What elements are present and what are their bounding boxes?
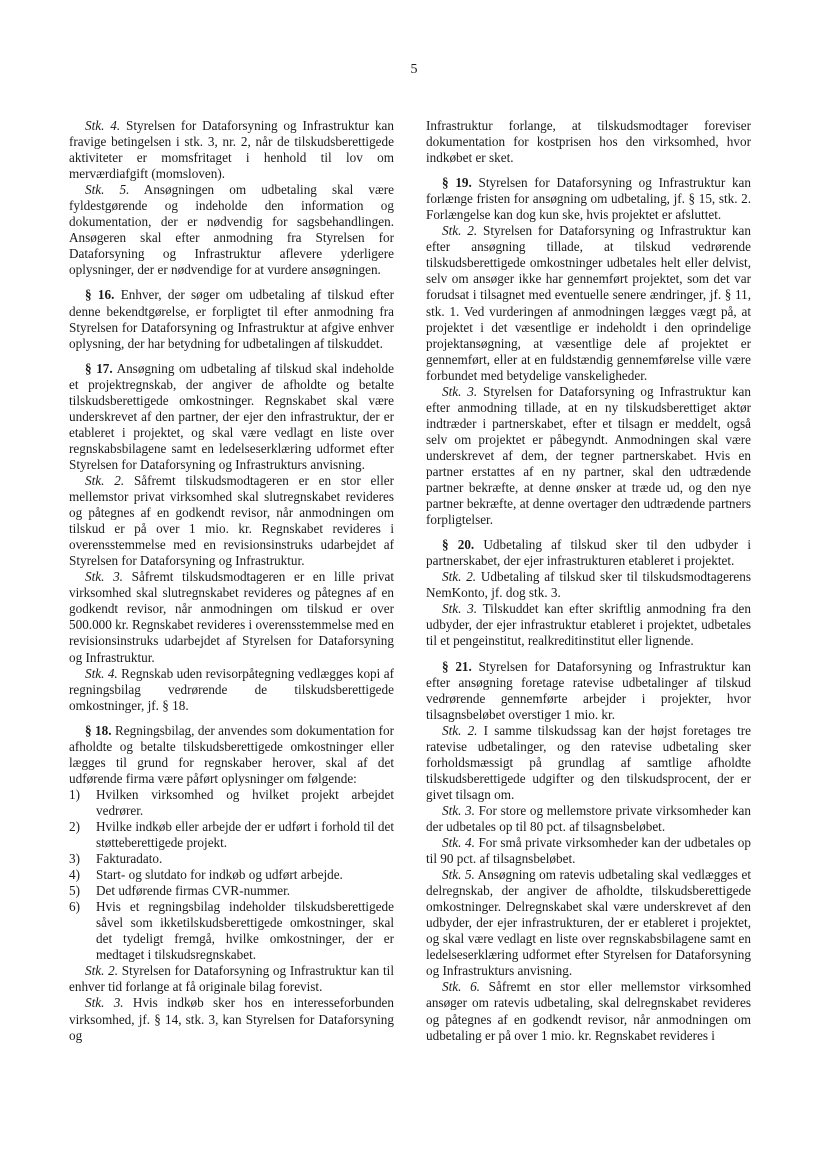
list-item: 4)Start- og slutdato for indkøb og udfør… [69, 867, 394, 883]
section-18-stk-2: Stk. 2. Styrelsen for Dataforsyning og I… [69, 963, 394, 995]
section-19: § 19. Styrelsen for Dataforsyning og Inf… [426, 175, 751, 223]
section-19-stk-3: Stk. 3. Styrelsen for Dataforsyning og I… [426, 384, 751, 528]
requirements-list: 1)Hvilken virksomhed og hvilket projekt … [69, 787, 394, 964]
section-21-stk-6: Stk. 6. Såfremt en stor eller mellemstor… [426, 979, 751, 1043]
stk-label: Stk. 3. [85, 995, 124, 1010]
stk-label: Stk. 4. [85, 666, 118, 681]
section-20: § 20. Udbetaling af tilskud sker til den… [426, 537, 751, 569]
stk-label: Stk. 2. [85, 963, 118, 978]
stk-label: Stk. 2. [442, 723, 477, 738]
page-number: 5 [0, 62, 828, 78]
list-item: 1)Hvilken virksomhed og hvilket projekt … [69, 787, 394, 819]
section-number: § 18. [85, 723, 112, 738]
stk-label: Stk. 2. [85, 473, 124, 488]
stk-4-paragraph: Stk. 4. Styrelsen for Dataforsyning og I… [69, 118, 394, 182]
stk-label: Stk. 2. [442, 223, 477, 238]
stk-label: Stk. 5. [85, 182, 129, 197]
section-21-stk-4: Stk. 4. For små private virksomheder kan… [426, 835, 751, 867]
stk-label: Stk. 4. [85, 118, 120, 133]
list-item: 5)Det udførende firmas CVR-nummer. [69, 883, 394, 899]
section-21: § 21. Styrelsen for Dataforsyning og Inf… [426, 659, 751, 723]
section-17-stk-2: Stk. 2. Såfremt tilskudsmodtageren er en… [69, 473, 394, 569]
stk-5-paragraph: Stk. 5. Ansøgningen om udbetaling skal v… [69, 182, 394, 278]
stk-label: Stk. 5. [442, 867, 475, 882]
continued-paragraph: Infrastruktur forlange, at tilskudsmodta… [426, 118, 751, 166]
section-21-stk-2: Stk. 2. I samme tilskudssag kan der højs… [426, 723, 751, 803]
list-item: 2)Hvilke indkøb eller arbejde der er udf… [69, 819, 394, 851]
stk-label: Stk. 6. [442, 979, 480, 994]
stk-label: Stk. 3. [442, 384, 477, 399]
stk-label: Stk. 4. [442, 835, 475, 850]
section-number: § 17. [85, 361, 113, 376]
section-19-stk-2: Stk. 2. Styrelsen for Dataforsyning og I… [426, 223, 751, 383]
section-17: § 17. Ansøgning om udbetaling af tilskud… [69, 361, 394, 473]
list-item: 6)Hvis et regningsbilag indeholder tilsk… [69, 899, 394, 963]
right-column: Infrastruktur forlange, at tilskudsmodta… [426, 118, 751, 1044]
section-number: § 16. [85, 287, 114, 302]
section-16: § 16. Enhver, der søger om udbetaling af… [69, 287, 394, 351]
stk-label: Stk. 3. [85, 569, 123, 584]
section-21-stk-5: Stk. 5. Ansøgning om ratevis udbetaling … [426, 867, 751, 979]
section-18: § 18. Regningsbilag, der anvendes som do… [69, 723, 394, 787]
section-number: § 19. [442, 175, 472, 190]
section-number: § 21. [442, 659, 472, 674]
stk-label: Stk. 3. [442, 601, 477, 616]
section-number: § 20. [442, 537, 474, 552]
stk-label: Stk. 3. [442, 803, 475, 818]
section-18-stk-3: Stk. 3. Hvis indkøb sker hos en interess… [69, 995, 394, 1043]
section-21-stk-3: Stk. 3. For store og mellemstore private… [426, 803, 751, 835]
left-column: Stk. 4. Styrelsen for Dataforsyning og I… [69, 118, 394, 1044]
section-17-stk-3: Stk. 3. Såfremt tilskudsmodtageren er en… [69, 569, 394, 665]
stk-label: Stk. 2. [442, 569, 476, 584]
section-17-stk-4: Stk. 4. Regnskab uden revisorpåtegning v… [69, 666, 394, 714]
list-item: 3)Fakturadato. [69, 851, 394, 867]
section-20-stk-2: Stk. 2. Udbetaling af tilskud sker til t… [426, 569, 751, 601]
section-20-stk-3: Stk. 3. Tilskuddet kan efter skriftlig a… [426, 601, 751, 649]
